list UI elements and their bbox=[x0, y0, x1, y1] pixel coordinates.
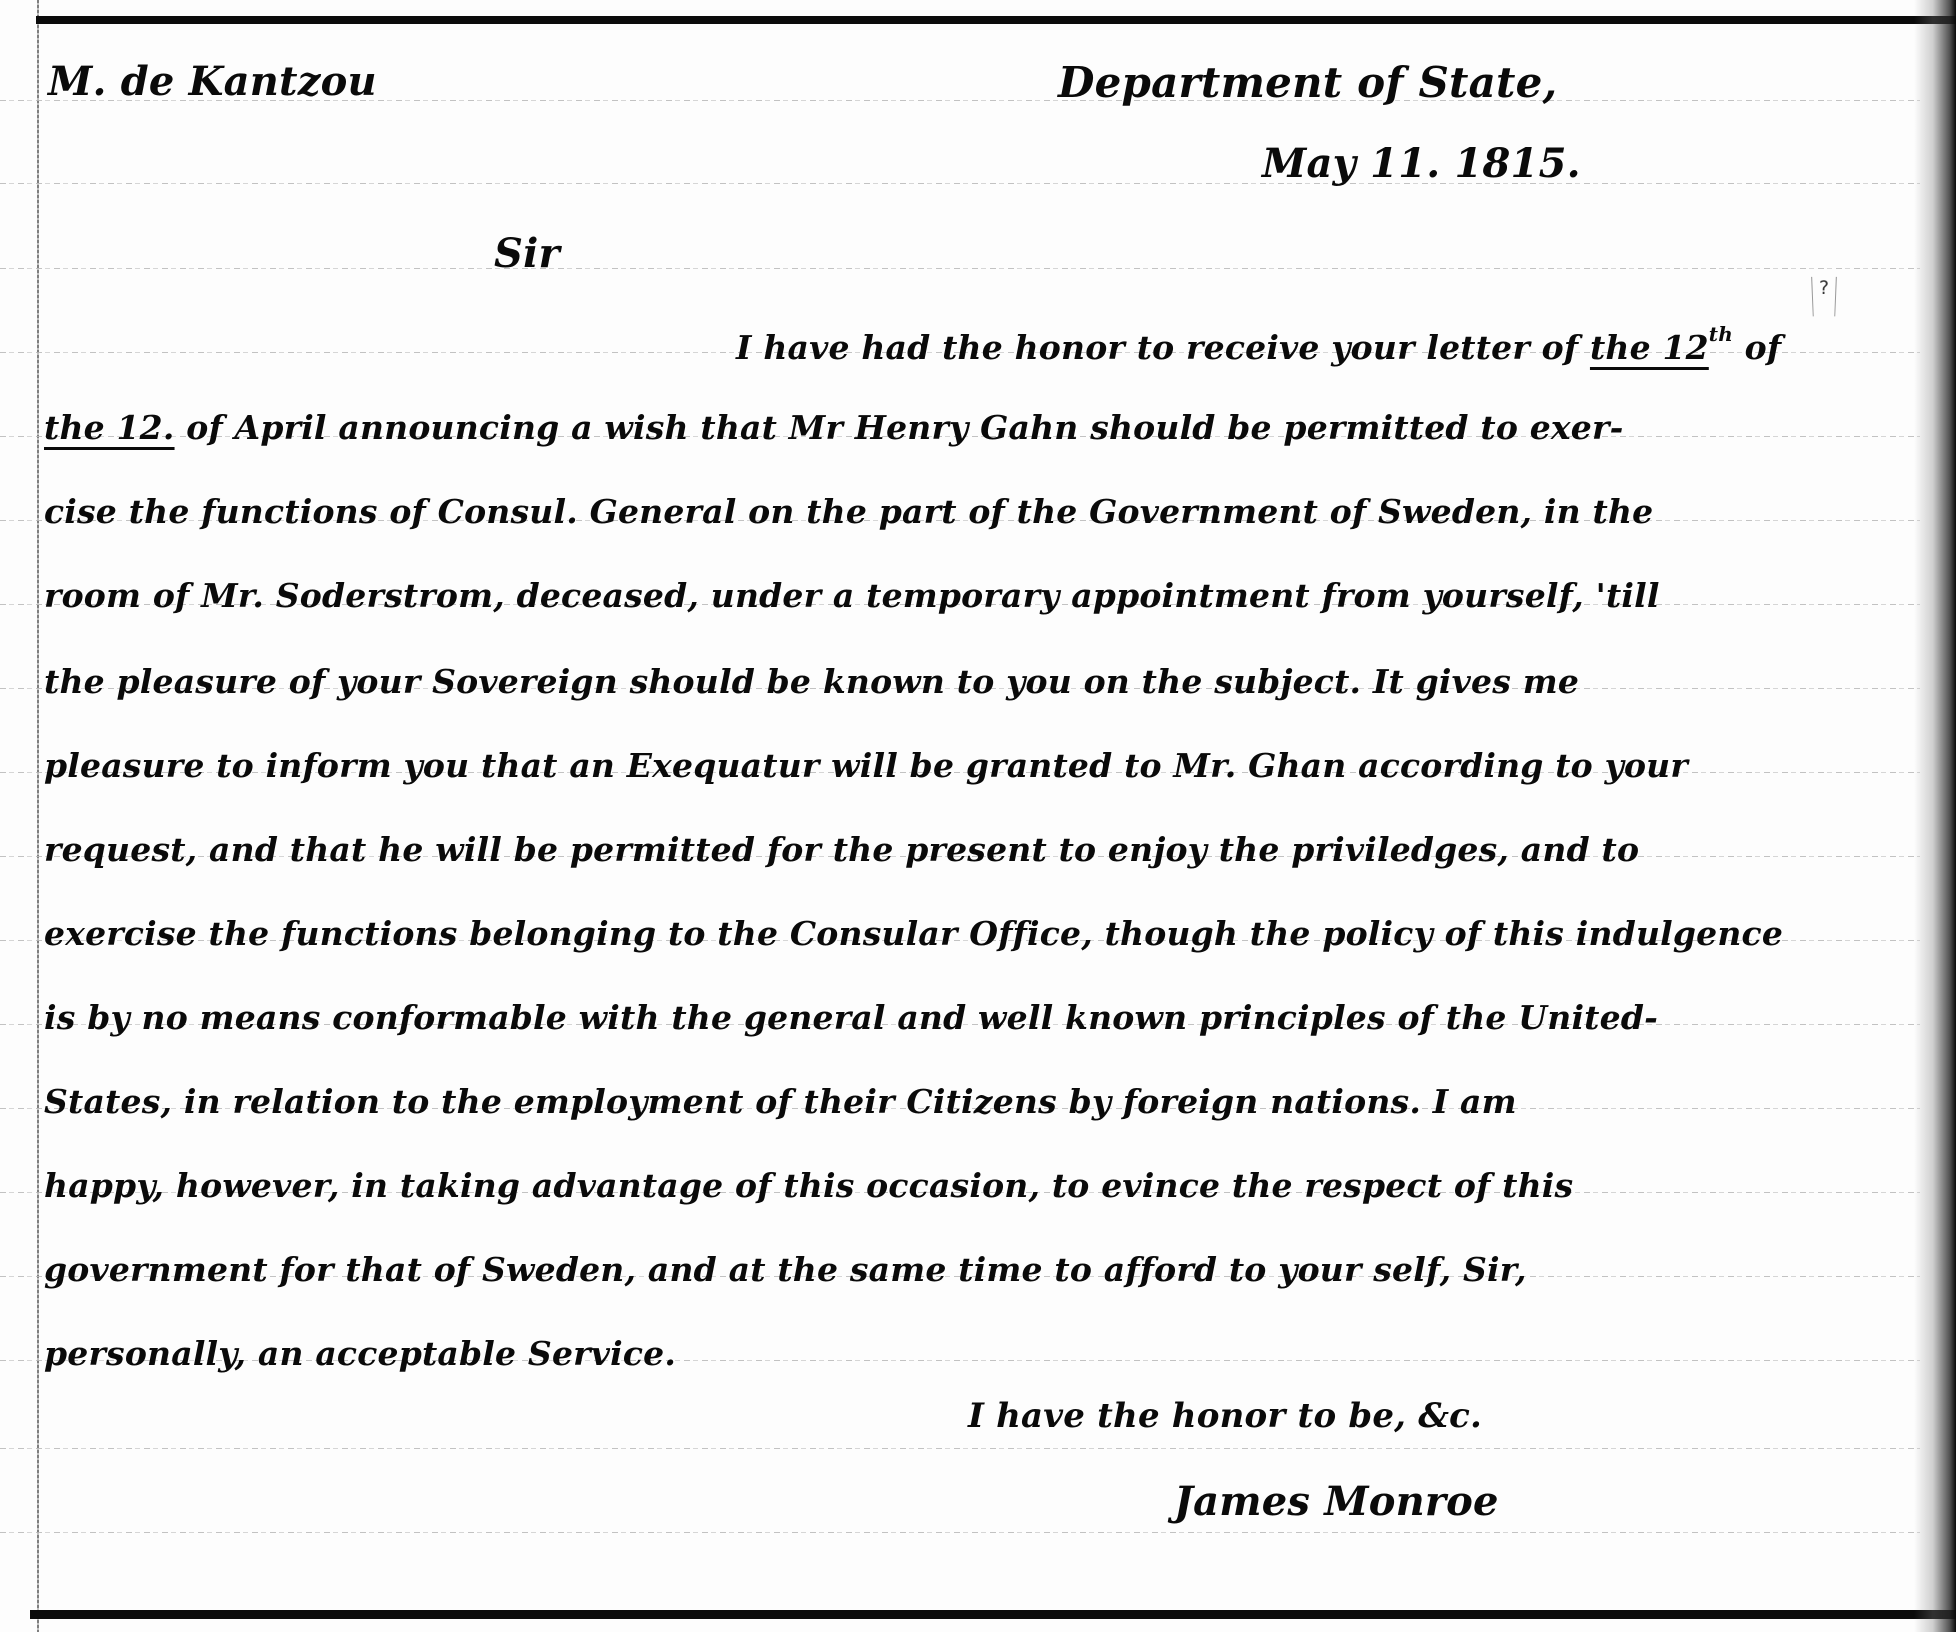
letter-page: M. de Kantzou Department of State, May 1… bbox=[0, 0, 1956, 1632]
ruled-line bbox=[0, 183, 1920, 184]
body-line-5: the pleasure of your Sovereign should be… bbox=[44, 662, 1579, 701]
body-line-9: is by no means conformable with the gene… bbox=[44, 998, 1658, 1037]
body-line-8: exercise the functions belonging to the … bbox=[44, 914, 1783, 953]
bottom-rule bbox=[30, 1610, 1956, 1619]
body-line-12: government for that of Sweden, and at th… bbox=[44, 1250, 1527, 1289]
ruled-line bbox=[0, 1532, 1920, 1533]
body-line-7: request, and that he will be permitted f… bbox=[44, 830, 1639, 869]
ruled-line bbox=[0, 1448, 1920, 1449]
underlined-text: the 12 bbox=[1590, 328, 1709, 367]
body-line-6: pleasure to inform you that an Exequatur… bbox=[44, 746, 1688, 785]
salutation: Sir bbox=[494, 230, 560, 277]
body-line-3: cise the functions of Consul. General on… bbox=[44, 492, 1653, 531]
superscript: th bbox=[1709, 322, 1733, 346]
body-line-11: happy, however, in taking advantage of t… bbox=[44, 1166, 1573, 1205]
underlined-text: the 12. bbox=[44, 408, 175, 447]
body-line-10: States, in relation to the employment of… bbox=[44, 1082, 1517, 1121]
margin-annotation: ? bbox=[1811, 277, 1837, 317]
letter-date: May 11. 1815. bbox=[1262, 140, 1581, 187]
page-edge-shadow bbox=[1914, 0, 1956, 1632]
body-line-13: personally, an acceptable Service. bbox=[44, 1334, 676, 1373]
top-rule bbox=[36, 16, 1956, 24]
body-line-1: I have had the honor to receive your let… bbox=[736, 322, 1781, 367]
complimentary-close: I have the honor to be, &c. bbox=[968, 1396, 1482, 1436]
left-margin-line bbox=[37, 0, 39, 1632]
letterhead-department: Department of State, bbox=[1058, 58, 1557, 107]
body-text: I have had the honor to receive your let… bbox=[736, 328, 1590, 367]
body-line-2: the 12. of April announcing a wish that … bbox=[44, 408, 1623, 447]
addressee: M. de Kantzou bbox=[48, 58, 377, 105]
body-line-4: room of Mr. Soderstrom, deceased, under … bbox=[44, 576, 1660, 615]
body-text: of April announcing a wish that Mr Henry… bbox=[175, 408, 1624, 447]
signature: James Monroe bbox=[1174, 1478, 1499, 1525]
body-text: of bbox=[1733, 328, 1781, 367]
ruled-line bbox=[0, 268, 1920, 269]
